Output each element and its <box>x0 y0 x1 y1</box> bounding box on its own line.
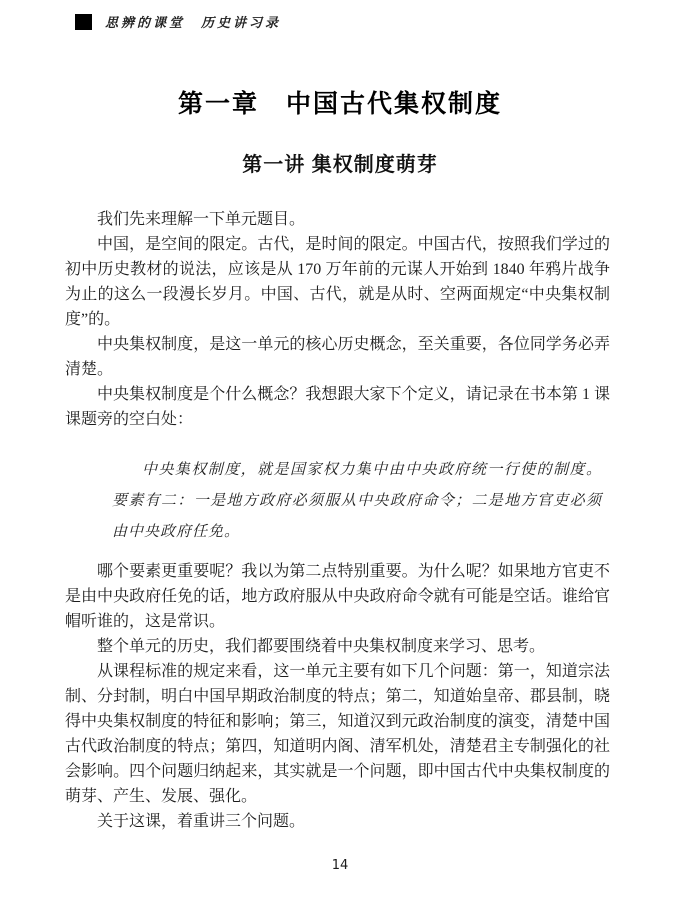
black-square-icon <box>75 14 92 30</box>
paragraph-whole-unit: 整个单元的历史，我们都要围绕着中央集权制度来学习、思考。 <box>65 634 610 659</box>
paragraph-core-concept: 中央集权制度，是这一单元的核心历史概念，至关重要，各位同学务必弄清楚。 <box>65 332 610 382</box>
section-title: 第一讲 集权制度萌芽 <box>0 148 680 177</box>
page-number: 14 <box>0 858 680 873</box>
paragraph-curriculum: 从课程标准的规定来看，这一单元主要有如下几个问题：第一，知道宗法制、分封制，明白… <box>65 659 610 809</box>
page-header: 思辨的课堂 历史讲习录 <box>75 12 281 31</box>
brand-text: 思辨的课堂 历史讲习录 <box>105 12 281 31</box>
paragraph-definition-lead: 中央集权制度是个什么概念？我想跟大家下个定义，请记录在书本第 1 课课题旁的空白… <box>65 382 610 432</box>
body-text: 我们先来理解一下单元题目。 中国，是空间的限定。古代，是时间的限定。中国古代，按… <box>65 207 610 834</box>
paragraph-china-ancient: 中国，是空间的限定。古代，是时间的限定。中国古代，按照我们学过的初中历史教材的说… <box>65 232 610 332</box>
document-page: 思辨的课堂 历史讲习录 第一章 中国古代集权制度 第一讲 集权制度萌芽 我们先来… <box>0 0 680 903</box>
paragraph-intro: 我们先来理解一下单元题目。 <box>65 207 610 232</box>
definition-quote: 中央集权制度，就是国家权力集中由中央政府统一行使的制度。要素有二：一是地方政府必… <box>112 454 602 547</box>
paragraph-which-element: 哪个要素更重要呢？我以为第二点特别重要。为什么呢？如果地方官吏不是由中央政府任免… <box>65 559 610 634</box>
chapter-title: 第一章 中国古代集权制度 <box>0 84 680 120</box>
paragraph-three-questions: 关于这课，着重讲三个问题。 <box>65 809 610 834</box>
